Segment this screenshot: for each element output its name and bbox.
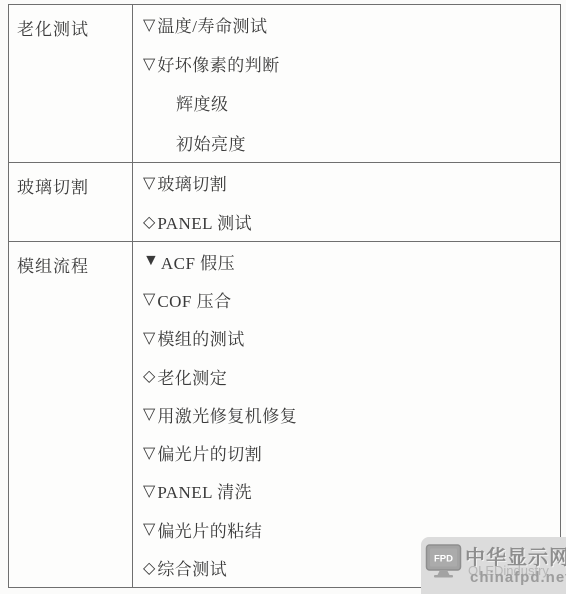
table-row-module-process: 模组流程 ▼ ACF 假压 ▽ COF 压合 ▽ 模组的测试 ◇ 老化测定 bbox=[9, 242, 560, 587]
open-triangle-marker: ▽ bbox=[143, 519, 155, 539]
item-text: PANEL 清洗 bbox=[157, 478, 252, 503]
process-table: 老化测试 ▽ 温度/寿命测试 ▽ 好坏像素的判断 辉度级 初始亮度 bbox=[8, 4, 561, 588]
fpd-icon-label: FPD bbox=[434, 554, 453, 565]
item-text: COF 压合 bbox=[157, 287, 231, 312]
list-item: ▽ 模组的测试 bbox=[143, 319, 560, 357]
diamond-marker: ◇ bbox=[143, 558, 155, 578]
item-text: 玻璃切割 bbox=[157, 170, 227, 195]
open-triangle-marker: ▽ bbox=[143, 289, 155, 309]
list-item: ▽ 偏光片的切割 bbox=[143, 433, 560, 471]
row-content: ▽ 温度/寿命测试 ▽ 好坏像素的判断 辉度级 初始亮度 bbox=[133, 5, 560, 162]
watermark: FPD 中华显示网 OLEDindustry chinafpd.net bbox=[421, 537, 566, 594]
item-text: 老化测定 bbox=[157, 364, 227, 389]
list-item: ▽ PANEL 清洗 bbox=[143, 472, 560, 510]
diamond-marker: ◇ bbox=[143, 212, 155, 232]
item-text: 用激光修复机修复 bbox=[157, 402, 297, 427]
list-item: ◇ 老化测定 bbox=[143, 357, 560, 395]
list-item-sub: 辉度级 bbox=[143, 83, 560, 122]
item-text: 综合测试 bbox=[157, 555, 227, 580]
row-label: 老化测试 bbox=[9, 5, 133, 162]
item-text: 辉度级 bbox=[176, 90, 229, 115]
open-triangle-marker: ▽ bbox=[143, 328, 155, 348]
item-text: ACF 假压 bbox=[161, 249, 235, 274]
row-content: ▼ ACF 假压 ▽ COF 压合 ▽ 模组的测试 ◇ 老化测定 ▽ 用激光 bbox=[133, 242, 560, 587]
open-triangle-marker: ▽ bbox=[143, 443, 155, 463]
item-text: 模组的测试 bbox=[157, 325, 245, 350]
filled-triangle-marker: ▼ bbox=[143, 252, 159, 270]
open-triangle-marker: ▽ bbox=[143, 54, 155, 74]
fpd-monitor-icon: FPD bbox=[425, 543, 463, 579]
list-item-sub: 初始亮度 bbox=[143, 123, 560, 162]
list-item: ▽ 好坏像素的判断 bbox=[143, 44, 560, 83]
item-text: 初始亮度 bbox=[176, 130, 246, 155]
row-content: ▽ 玻璃切割 ◇ PANEL 测试 bbox=[133, 163, 560, 241]
list-item: ▽ 用激光修复机修复 bbox=[143, 395, 560, 433]
table-row-aging-test: 老化测试 ▽ 温度/寿命测试 ▽ 好坏像素的判断 辉度级 初始亮度 bbox=[9, 5, 560, 163]
list-item: ▽ COF 压合 bbox=[143, 280, 560, 318]
row-label: 模组流程 bbox=[9, 242, 133, 587]
open-triangle-marker: ▽ bbox=[143, 404, 155, 424]
item-text: 温度/寿命测试 bbox=[157, 12, 267, 37]
open-triangle-marker: ▽ bbox=[143, 15, 155, 35]
list-item: ▼ ACF 假压 bbox=[143, 242, 560, 280]
watermark-site-url: chinafpd.net bbox=[470, 569, 566, 586]
open-triangle-marker: ▽ bbox=[143, 173, 155, 193]
item-text: 偏光片的粘结 bbox=[157, 517, 262, 542]
diamond-marker: ◇ bbox=[143, 366, 155, 386]
list-item: ▽ 玻璃切割 bbox=[143, 163, 560, 202]
table-row-glass-cutting: 玻璃切割 ▽ 玻璃切割 ◇ PANEL 测试 bbox=[9, 163, 560, 242]
document-page: 老化测试 ▽ 温度/寿命测试 ▽ 好坏像素的判断 辉度级 初始亮度 bbox=[0, 0, 566, 594]
open-triangle-marker: ▽ bbox=[143, 481, 155, 501]
list-item: ▽ 温度/寿命测试 bbox=[143, 5, 560, 44]
item-text: 偏光片的切割 bbox=[157, 440, 262, 465]
item-text: 好坏像素的判断 bbox=[157, 51, 280, 76]
item-text: PANEL 测试 bbox=[157, 209, 252, 234]
list-item: ◇ PANEL 测试 bbox=[143, 202, 560, 241]
row-label: 玻璃切割 bbox=[9, 163, 133, 241]
